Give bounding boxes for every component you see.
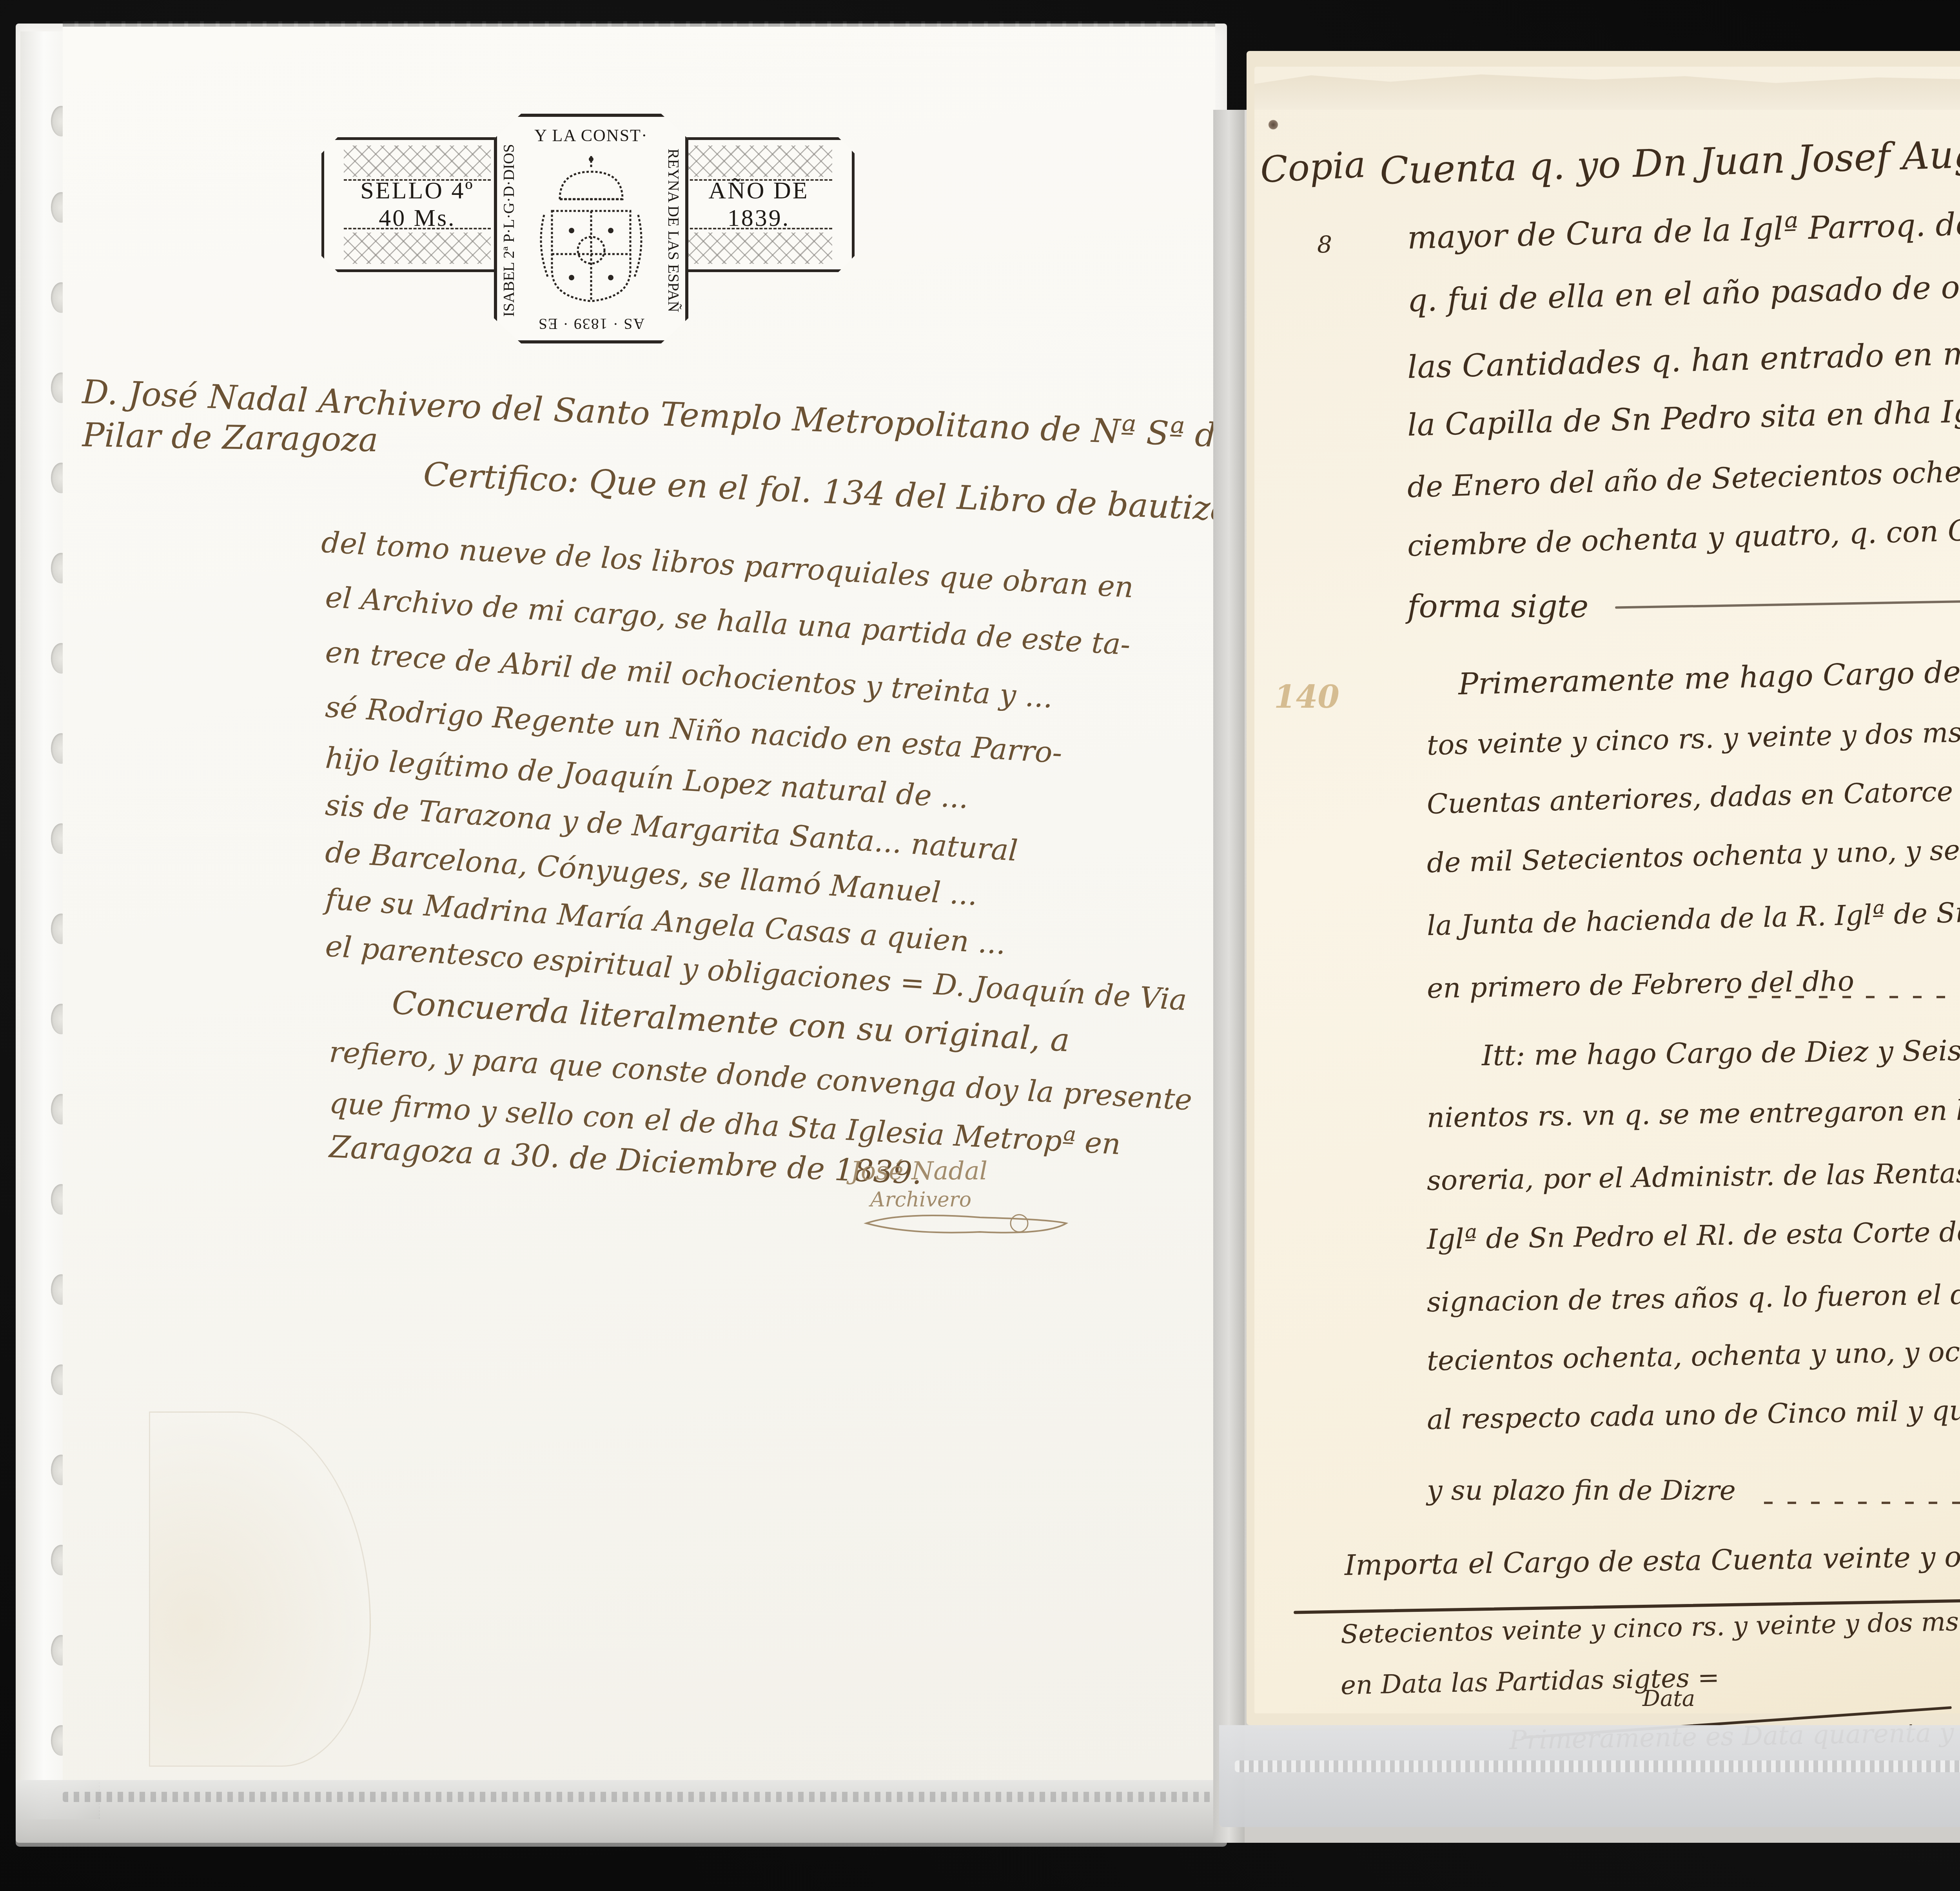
stamp-legend-top: Y LA CONST· xyxy=(497,125,685,145)
royal-coat-of-arms-icon xyxy=(536,152,646,309)
stamp-legend-left: ISABEL 2ª P·L·G·D·DIOS xyxy=(499,140,519,321)
stamp-value-label: 40 Ms. xyxy=(379,204,456,232)
certificate-line: Pilar de Zaragoza xyxy=(82,416,378,459)
stamp-right-panel: AÑO DE 1839. xyxy=(675,137,855,272)
pin-hole xyxy=(1268,120,1278,130)
signature-rubric-flourish-icon xyxy=(862,1208,1070,1239)
stamp-year-value: 1839. xyxy=(728,204,790,232)
stamp-ornament xyxy=(685,145,832,177)
stamp-ornament xyxy=(344,233,491,264)
stamp-ornament xyxy=(344,145,491,177)
tax-stamp-sello-cuarto: SELLO 4º 40 Ms. AÑO DE 1839. Y LA CONST·… xyxy=(321,114,855,337)
sleeve-bottom-edge xyxy=(1219,1725,1960,1827)
folio-number: 8 xyxy=(1317,231,1332,259)
stamp-center-medallion: Y LA CONST· ISABEL 2ª P·L·G·D·DIOS REYNA… xyxy=(494,114,688,343)
account-heading-line: forma sigte xyxy=(1407,588,1588,625)
page-torn-edge xyxy=(1254,67,1960,110)
faint-margin-note: 140 xyxy=(1274,678,1339,715)
signature-name: José Nadal xyxy=(851,1157,987,1186)
data-heading: Data xyxy=(1642,1686,1695,1711)
entry-line: Itt: me hago Cargo de Diez y Seis mil y … xyxy=(1482,1033,1960,1072)
stamp-left-panel: SELLO 4º 40 Ms. xyxy=(321,137,501,272)
page-torn-edge xyxy=(63,21,1215,27)
stamp-legend-bottom: AS · 1839 · ES xyxy=(497,315,685,333)
copia-margin-label: Copia xyxy=(1259,144,1367,191)
leader-dashes xyxy=(1725,996,1960,998)
stamp-legend-right: REYNA DE LAS ESPAÑ xyxy=(663,140,683,321)
entry-line: y su plazo fin de Dizre xyxy=(1427,1474,1736,1506)
leader-dashes xyxy=(1764,1502,1960,1504)
stamp-ornament xyxy=(685,233,832,264)
stamp-year-label: AÑO DE xyxy=(708,177,809,204)
stamp-sello-label: SELLO 4º xyxy=(360,177,474,204)
sleeve-bottom-edge xyxy=(16,1780,1227,1847)
sleeve-binder-strip xyxy=(1213,110,1245,1843)
